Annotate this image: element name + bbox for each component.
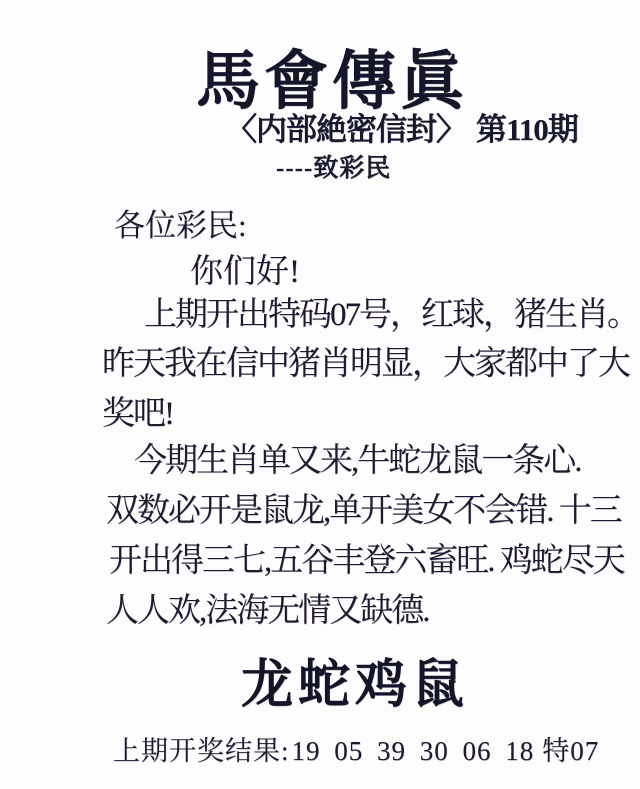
body-line-even-odd: 双数必开是鼠龙,单开美女不会错. 十三 <box>106 484 621 531</box>
result-numbers: 19 05 39 30 06 18 <box>292 736 535 766</box>
body-line-last-draw: 上期开出特码07号，红球，猪生肖。 <box>144 288 638 335</box>
dedication-line: ----致彩民 <box>276 148 391 184</box>
zodiac-pick: 龙蛇鸡鼠 <box>241 642 469 717</box>
body-line-yesterday-hint: 昨天我在信中猪肖明显，大家都中了大 <box>102 337 629 384</box>
fax-letter-page: 馬會傳眞 〈内部絶密信封〉第110期 ----致彩民 各位彩民: 你们好! 上期… <box>0 0 640 789</box>
salutation: 各位彩民: <box>114 200 247 245</box>
body-line-zodiac-list: 今期生肖单又来,牛蛇龙鼠一条心. <box>134 434 581 481</box>
body-line-closing: 人人欢,法海无情又缺德. <box>106 584 429 631</box>
subtitle-line: 〈内部絶密信封〉第110期 <box>226 104 578 149</box>
issue-number: 第110期 <box>476 112 578 147</box>
result-label: 上期开奖结果: <box>113 736 290 766</box>
subtitle-envelope-label: 〈内部絶密信封〉 <box>226 112 466 147</box>
result-special-number: 特07 <box>542 736 599 766</box>
greeting: 你们好! <box>190 245 300 292</box>
body-line-prize: 奖吧! <box>102 387 173 434</box>
last-draw-result-line: 上期开奖结果:19 05 39 30 06 18特07 <box>113 729 599 768</box>
body-line-harvest: 开出得三七,五谷丰登六畜旺. 鸡蛇尽天 <box>109 534 624 581</box>
